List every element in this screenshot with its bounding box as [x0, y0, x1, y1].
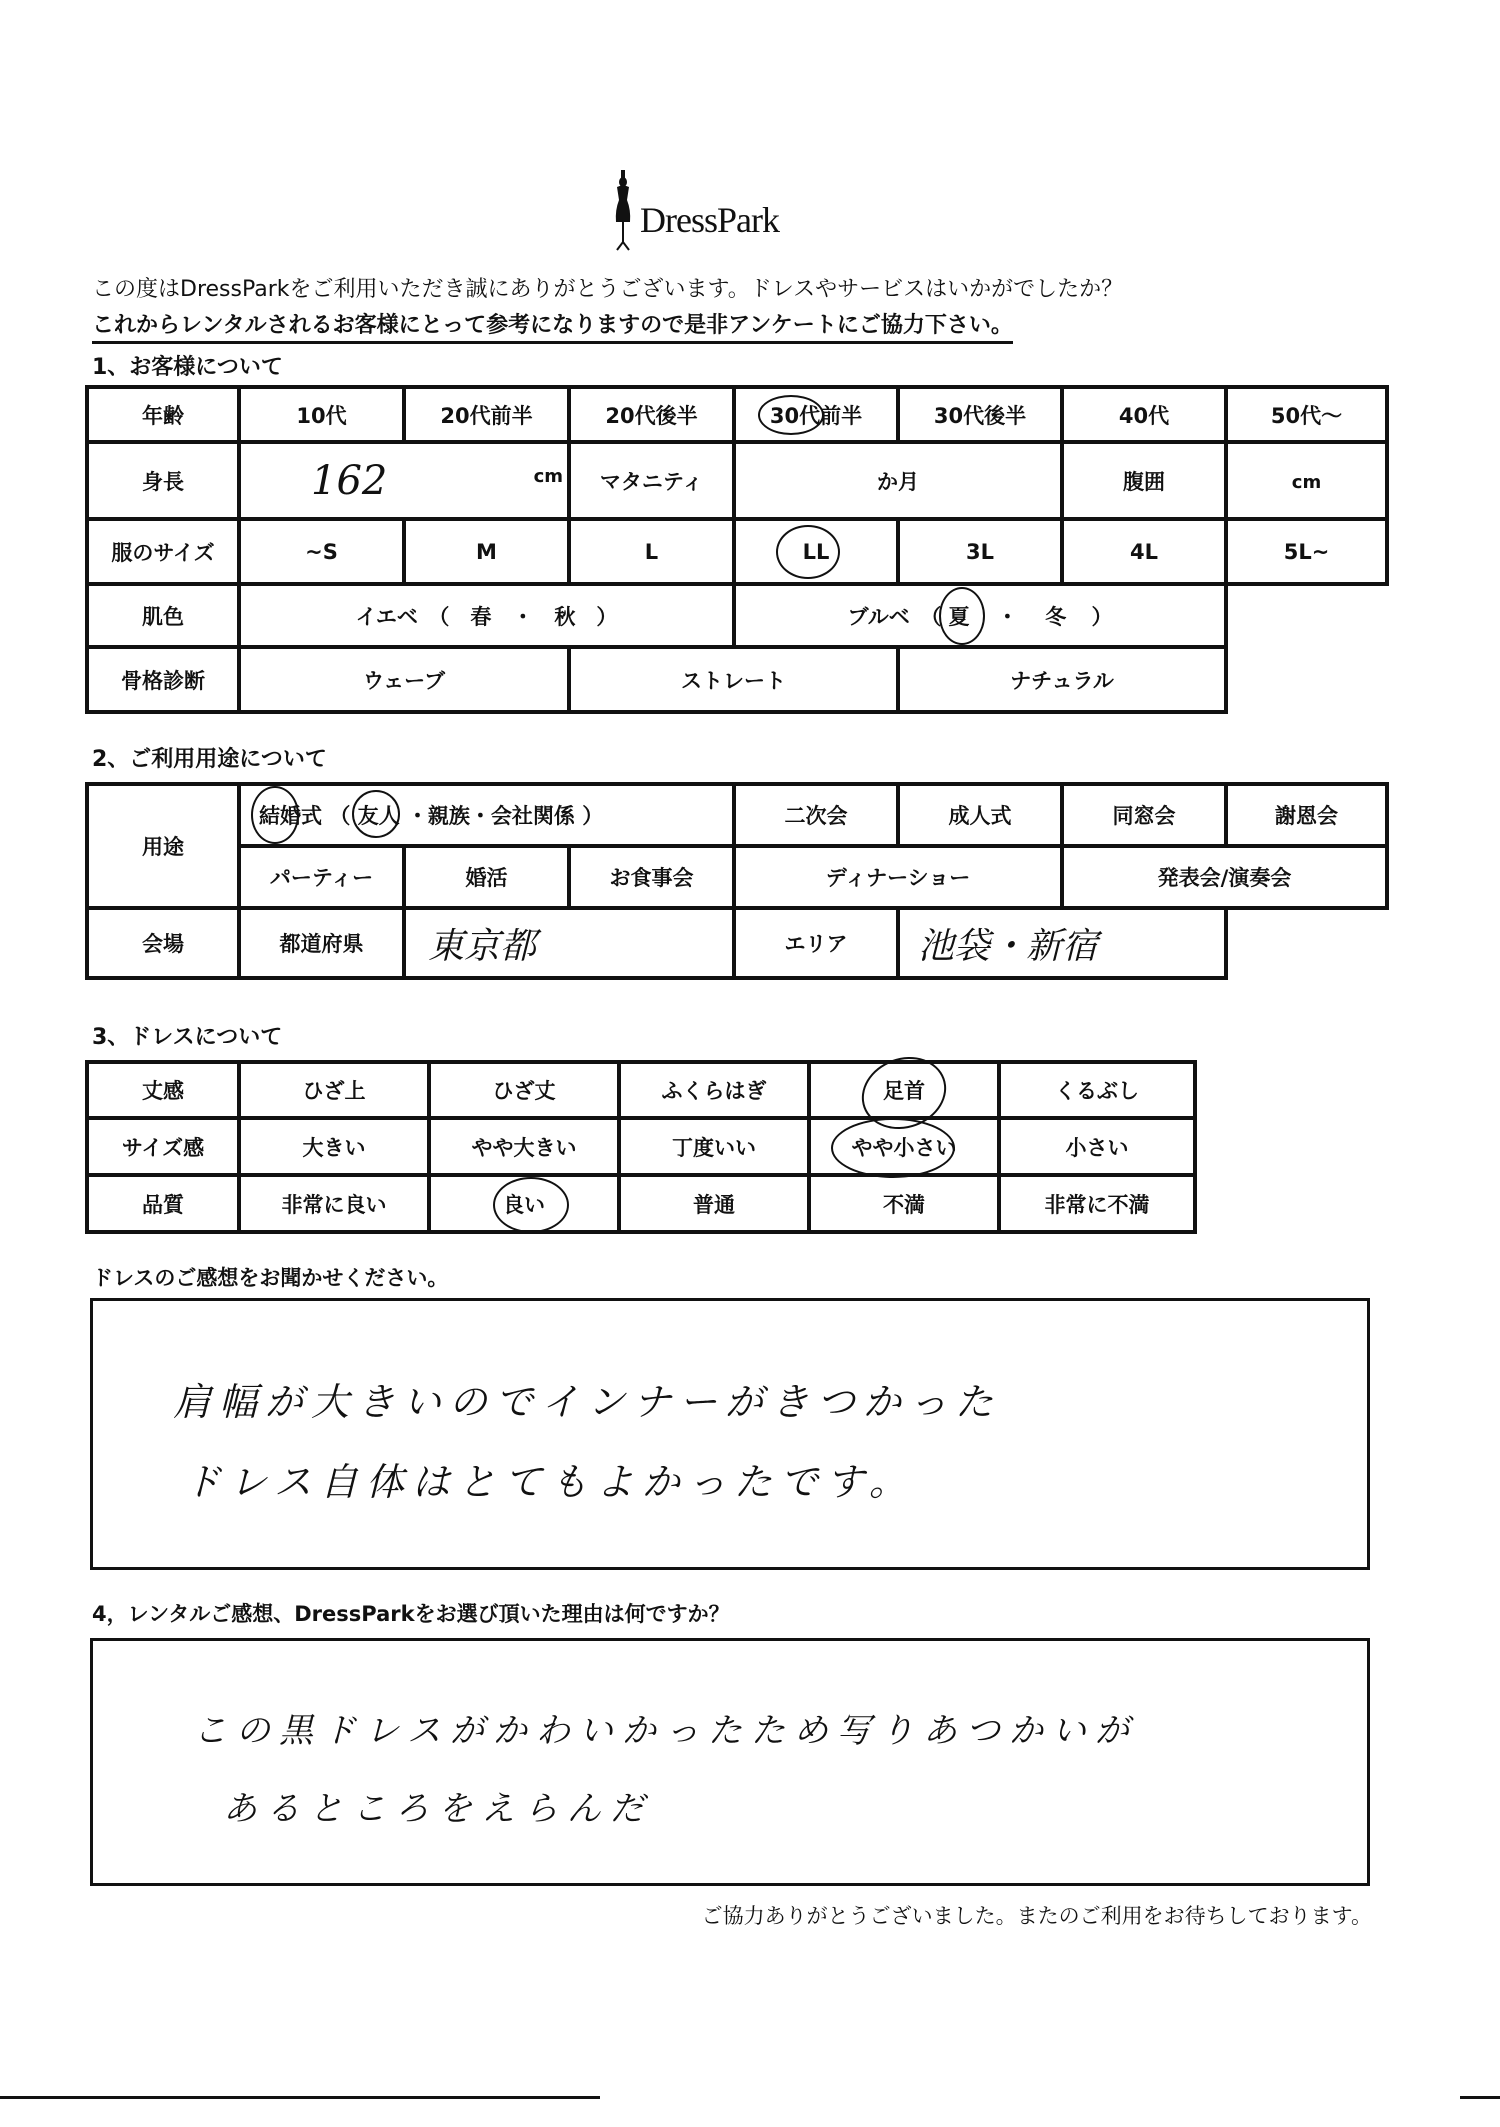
quality-option[interactable]: 非常に良い [239, 1175, 429, 1232]
skin-label: 肌色 [87, 584, 239, 647]
length-option[interactable]: ひざ上 [239, 1062, 429, 1118]
area-value: 池袋・新宿 [918, 926, 1098, 967]
size-option[interactable]: ~S [239, 519, 404, 584]
intro-request: これからレンタルされるお客様にとって参考になりますので是非アンケートにご協力下さ… [92, 308, 1013, 344]
age-option[interactable]: 10代 [239, 387, 404, 442]
venue-label: 会場 [87, 908, 239, 978]
prefecture-label: 都道府県 [239, 908, 404, 978]
size-option[interactable]: 3L [898, 519, 1062, 584]
usage-row-1: 用途 結婚式 （ 友人 ・親族・会社関係 ） 二次会 成人式 同窓会 謝恩会 [87, 784, 1387, 846]
usage-option[interactable]: お食事会 [569, 846, 734, 908]
blue-summer-option[interactable]: 夏 [949, 601, 970, 631]
length-row: 丈感 ひざ上 ひざ丈 ふくらはぎ 足首 くるぶし [87, 1062, 1195, 1118]
body-type-option[interactable]: ウェーブ [239, 647, 569, 712]
size-option[interactable]: M [404, 519, 569, 584]
section4-title: 4，レンタルご感想、DressParkをお選び頂いた理由は何ですか？ [92, 1598, 730, 1628]
section2-title: 2、ご利用用途について [92, 742, 327, 773]
height-value: 162 [311, 458, 387, 504]
usage-row-2: パーティー 婚活 お食事会 ディナーショー 発表会/演奏会 [87, 846, 1387, 908]
length-option[interactable]: くるぶし [999, 1062, 1195, 1118]
skin-row: 肌色 イエベ （ 春 ・ 秋 ） ブルベ （ 夏 ・ 冬 ） [87, 584, 1387, 647]
age-option[interactable]: 30代後半 [898, 387, 1062, 442]
quality-label: 品質 [87, 1175, 239, 1232]
purpose-label: 用途 [87, 784, 239, 908]
age-label: 年齢 [87, 387, 239, 442]
area-field[interactable]: 池袋・新宿 [898, 908, 1226, 978]
section3-title: 3、ドレスについて [92, 1020, 282, 1051]
skin-yellow-base[interactable]: イエベ （ 春 ・ 秋 ） [239, 584, 734, 647]
body-type-label: 骨格診断 [87, 647, 239, 712]
fit-option-selected[interactable]: やや小さい [809, 1118, 999, 1175]
fit-row: サイズ感 大きい やや大きい 丁度いい やや小さい 小さい [87, 1118, 1195, 1175]
quality-option-selected[interactable]: 良い [429, 1175, 619, 1232]
fit-option[interactable]: やや大きい [429, 1118, 619, 1175]
belly-field[interactable]: cm [1226, 442, 1387, 519]
maternity-field[interactable]: か月 [734, 442, 1062, 519]
height-label: 身長 [87, 442, 239, 519]
usage-option[interactable]: ディナーショー [734, 846, 1062, 908]
skin-blue-base[interactable]: ブルベ （ 夏 ・ 冬 ） [734, 584, 1226, 647]
age-option[interactable]: 50代～ [1226, 387, 1387, 442]
fit-option[interactable]: 小さい [999, 1118, 1195, 1175]
body-type-option[interactable]: ナチュラル [898, 647, 1226, 712]
age-option[interactable]: 20代前半 [404, 387, 569, 442]
length-option[interactable]: ふくらはぎ [619, 1062, 809, 1118]
usage-option[interactable]: 婚活 [404, 846, 569, 908]
usage-table: 用途 結婚式 （ 友人 ・親族・会社関係 ） 二次会 成人式 同窓会 謝恩会 パ… [85, 782, 1389, 980]
brand-name: DressPark [640, 202, 779, 238]
usage-option[interactable]: パーティー [239, 846, 404, 908]
length-option-selected[interactable]: 足首 [809, 1062, 999, 1118]
age-option[interactable]: 20代後半 [569, 387, 734, 442]
wedding-option[interactable]: 結婚式 （ 友人 ・親族・会社関係 ） [239, 784, 734, 846]
quality-option[interactable]: 非常に不満 [999, 1175, 1195, 1232]
venue-row: 会場 都道府県 東京都 エリア 池袋・新宿 [87, 908, 1387, 978]
usage-option[interactable]: 謝恩会 [1226, 784, 1387, 846]
height-unit: cm [534, 466, 563, 487]
dress-table: 丈感 ひざ上 ひざ丈 ふくらはぎ 足首 くるぶし サイズ感 大きい やや大きい … [85, 1060, 1197, 1234]
size-row: 服のサイズ ~S M L LL 3L 4L 5L~ [87, 519, 1387, 584]
thanks-message: ご協力ありがとうございました。またのご利用をお待ちしております。 [702, 1900, 1372, 1930]
size-label: 服のサイズ [87, 519, 239, 584]
size-option[interactable]: 5L~ [1226, 519, 1387, 584]
length-option[interactable]: ひざ丈 [429, 1062, 619, 1118]
comment-line: 肩幅が大きいのでインナーがきつかった [173, 1371, 1001, 1426]
friend-selected[interactable]: 友人 [358, 800, 400, 830]
customer-info-table: 年齢 10代 20代前半 20代後半 30代前半 30代後半 40代 50代～ … [85, 385, 1389, 714]
quality-row: 品質 非常に良い 良い 普通 不満 非常に不満 [87, 1175, 1195, 1232]
section1-title: 1、お客様について [92, 350, 283, 381]
brand-logo: DressPark [612, 170, 779, 252]
usage-option[interactable]: 同窓会 [1062, 784, 1226, 846]
age-option[interactable]: 40代 [1062, 387, 1226, 442]
length-label: 丈感 [87, 1062, 239, 1118]
fit-option[interactable]: 丁度いい [619, 1118, 809, 1175]
scan-edge-line [0, 2096, 600, 2099]
intro-text: この度はDressParkをご利用いただき誠にありがとうございます。ドレスやサー… [92, 272, 1123, 303]
size-option[interactable]: 4L [1062, 519, 1226, 584]
maternity-label: マタニティ [569, 442, 734, 519]
height-row: 身長 162 cm マタニティ か月 腹囲 cm [87, 442, 1387, 519]
dress-form-icon [612, 170, 634, 252]
usage-option[interactable]: 二次会 [734, 784, 898, 846]
body-type-row: 骨格診断 ウェーブ ストレート ナチュラル [87, 647, 1387, 712]
reason-line: あるところをえらんだ [223, 1781, 653, 1830]
body-type-option[interactable]: ストレート [569, 647, 898, 712]
usage-option[interactable]: 発表会/演奏会 [1062, 846, 1387, 908]
size-option-selected[interactable]: LL [734, 519, 898, 584]
age-option-selected[interactable]: 30代前半 [734, 387, 898, 442]
size-option[interactable]: L [569, 519, 734, 584]
comment-line: ドレス自体はとてもよかったです。 [183, 1451, 915, 1506]
quality-option[interactable]: 不満 [809, 1175, 999, 1232]
reason-box[interactable]: この黒ドレスがかわいかったため写りあつかいが あるところをえらんだ [90, 1638, 1370, 1886]
age-row: 年齢 10代 20代前半 20代後半 30代前半 30代後半 40代 50代～ [87, 387, 1387, 442]
fit-label: サイズ感 [87, 1118, 239, 1175]
belly-label: 腹囲 [1062, 442, 1226, 519]
prefecture-value: 東京都 [428, 926, 536, 967]
scan-edge-line [1460, 2096, 1500, 2099]
height-field[interactable]: 162 cm [239, 442, 569, 519]
quality-option[interactable]: 普通 [619, 1175, 809, 1232]
fit-option[interactable]: 大きい [239, 1118, 429, 1175]
usage-option[interactable]: 成人式 [898, 784, 1062, 846]
comment-prompt: ドレスのご感想をお聞かせください。 [92, 1262, 448, 1292]
prefecture-field[interactable]: 東京都 [404, 908, 734, 978]
area-label: エリア [734, 908, 898, 978]
wedding-selected[interactable]: 結婚式 [259, 800, 322, 830]
reason-line: この黒ドレスがかわいかったため写りあつかいが [193, 1703, 1138, 1752]
comment-box[interactable]: 肩幅が大きいのでインナーがきつかった ドレス自体はとてもよかったです。 [90, 1298, 1370, 1570]
